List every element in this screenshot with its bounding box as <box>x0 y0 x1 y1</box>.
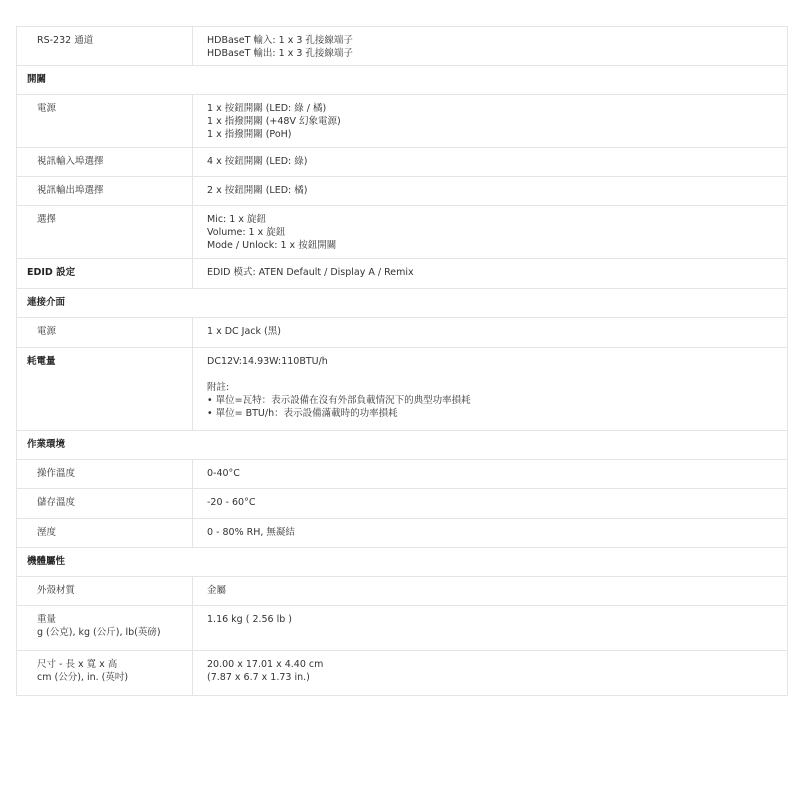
spec-row: 電源1 x 按鈕開關 (LED: 綠 / 橘)1 x 指撥開關 (+48V 幻象… <box>17 95 788 148</box>
spec-label: 外殼材質 <box>17 577 193 606</box>
spec-value: EDID 模式: ATEN Default / Display A / Remi… <box>193 259 788 289</box>
value-line: 4 x 按鈕開關 (LED: 綠) <box>207 155 787 168</box>
spec-label: 耗電量 <box>17 348 193 431</box>
value-line: Mode / Unlock: 1 x 按鈕開關 <box>207 239 787 252</box>
label-line: cm (公分), in. (英吋) <box>37 671 192 684</box>
value-line: Volume: 1 x 旋鈕 <box>207 226 787 239</box>
label-line: 電源 <box>37 102 192 115</box>
label-line: 連接介面 <box>27 296 787 309</box>
label-line: 重量 <box>37 613 192 626</box>
section-heading: 機體屬性 <box>17 548 788 577</box>
label-line: 選擇 <box>37 213 192 226</box>
label-line: 外殼材質 <box>37 584 192 597</box>
spec-row: 重量g (公克), kg (公斤), lb(英磅)1.16 kg ( 2.56 … <box>17 606 788 651</box>
spec-label: 選擇 <box>17 206 193 259</box>
label-line: RS-232 通道 <box>37 34 192 47</box>
value-line: HDBaseT 輸入: 1 x 3 孔接線端子 <box>207 34 787 47</box>
spec-value: DC12V:14.93W:110BTU/h附註:• 單位=瓦特：表示設備在沒有外… <box>193 348 788 431</box>
spec-label: 視訊輸出埠選擇 <box>17 177 193 206</box>
label-line: 溼度 <box>37 526 192 539</box>
section-heading: 連接介面 <box>17 289 788 318</box>
value-line: DC12V:14.93W:110BTU/h <box>207 355 787 368</box>
value-line: 1 x DC Jack (黑) <box>207 325 787 338</box>
value-line: 附註: <box>207 381 787 394</box>
spec-value: 金屬 <box>193 577 788 606</box>
label-line: 作業環境 <box>27 438 787 451</box>
value-line: 20.00 x 17.01 x 4.40 cm <box>207 658 787 671</box>
spec-row: 溼度0 - 80% RH, 無凝結 <box>17 519 788 548</box>
value-line: HDBaseT 輸出: 1 x 3 孔接線端子 <box>207 47 787 60</box>
section-heading: 開關 <box>17 66 788 95</box>
value-line: 1.16 kg ( 2.56 lb ) <box>207 613 787 626</box>
label-line: 耗電量 <box>27 355 192 368</box>
value-line: 1 x 指撥開關 (PoH) <box>207 128 787 141</box>
value-line: 1 x 按鈕開關 (LED: 綠 / 橘) <box>207 102 787 115</box>
spec-value: 1 x DC Jack (黑) <box>193 318 788 348</box>
spec-value: 1.16 kg ( 2.56 lb ) <box>193 606 788 651</box>
spec-label: 重量g (公克), kg (公斤), lb(英磅) <box>17 606 193 651</box>
value-line <box>207 368 787 381</box>
spec-row: 操作溫度0-40°C <box>17 460 788 489</box>
spec-value: 4 x 按鈕開關 (LED: 綠) <box>193 148 788 177</box>
spec-row: 視訊輸入埠選擇4 x 按鈕開關 (LED: 綠) <box>17 148 788 177</box>
spec-row: 電源1 x DC Jack (黑) <box>17 318 788 348</box>
spec-label: 電源 <box>17 95 193 148</box>
spec-value: 1 x 按鈕開關 (LED: 綠 / 橘)1 x 指撥開關 (+48V 幻象電源… <box>193 95 788 148</box>
value-line: 0-40°C <box>207 467 787 480</box>
spec-row: 儲存溫度-20 - 60°C <box>17 489 788 519</box>
spec-section-row: 連接介面 <box>17 289 788 318</box>
spec-value: Mic: 1 x 旋鈕Volume: 1 x 旋鈕Mode / Unlock: … <box>193 206 788 259</box>
spec-row: 尺寸 - 長 x 寬 x 高cm (公分), in. (英吋)20.00 x 1… <box>17 651 788 696</box>
label-line: EDID 設定 <box>27 266 192 279</box>
value-line: 0 - 80% RH, 無凝結 <box>207 526 787 539</box>
spec-section-row: 開關 <box>17 66 788 95</box>
value-line: 1 x 指撥開關 (+48V 幻象電源) <box>207 115 787 128</box>
label-line: g (公克), kg (公斤), lb(英磅) <box>37 626 192 639</box>
spec-value: HDBaseT 輸入: 1 x 3 孔接線端子HDBaseT 輸出: 1 x 3… <box>193 27 788 66</box>
spec-section-row: 機體屬性 <box>17 548 788 577</box>
spec-row: 外殼材質金屬 <box>17 577 788 606</box>
label-line: 機體屬性 <box>27 555 787 568</box>
spec-label: RS-232 通道 <box>17 27 193 66</box>
section-heading: 作業環境 <box>17 431 788 460</box>
value-line: -20 - 60°C <box>207 496 787 509</box>
spec-label: 操作溫度 <box>17 460 193 489</box>
spec-row: EDID 設定EDID 模式: ATEN Default / Display A… <box>17 259 788 289</box>
value-line: • 單位=瓦特：表示設備在沒有外部負載情況下的典型功率損耗 <box>207 394 787 407</box>
label-line: 儲存溫度 <box>37 496 192 509</box>
label-line: 操作溫度 <box>37 467 192 480</box>
value-line: 2 x 按鈕開關 (LED: 橘) <box>207 184 787 197</box>
label-line: 尺寸 - 長 x 寬 x 高 <box>37 658 192 671</box>
spec-value: 20.00 x 17.01 x 4.40 cm(7.87 x 6.7 x 1.7… <box>193 651 788 696</box>
value-line: Mic: 1 x 旋鈕 <box>207 213 787 226</box>
spec-label: 尺寸 - 長 x 寬 x 高cm (公分), in. (英吋) <box>17 651 193 696</box>
spec-section-row: 作業環境 <box>17 431 788 460</box>
spec-value: 0-40°C <box>193 460 788 489</box>
spec-value: 2 x 按鈕開關 (LED: 橘) <box>193 177 788 206</box>
spec-label: 電源 <box>17 318 193 348</box>
value-line: 金屬 <box>207 584 787 597</box>
spec-row: 選擇Mic: 1 x 旋鈕Volume: 1 x 旋鈕Mode / Unlock… <box>17 206 788 259</box>
label-line: 開關 <box>27 73 787 86</box>
spec-table-body: RS-232 通道HDBaseT 輸入: 1 x 3 孔接線端子HDBaseT … <box>17 27 788 696</box>
spec-value: 0 - 80% RH, 無凝結 <box>193 519 788 548</box>
label-line: 電源 <box>37 325 192 338</box>
spec-row: RS-232 通道HDBaseT 輸入: 1 x 3 孔接線端子HDBaseT … <box>17 27 788 66</box>
label-line: 視訊輸出埠選擇 <box>37 184 192 197</box>
value-line: EDID 模式: ATEN Default / Display A / Remi… <box>207 266 787 279</box>
spec-table: RS-232 通道HDBaseT 輸入: 1 x 3 孔接線端子HDBaseT … <box>16 26 788 696</box>
value-line: • 單位= BTU/h：表示設備滿載時的功率損耗 <box>207 407 787 420</box>
spec-label: 儲存溫度 <box>17 489 193 519</box>
spec-value: -20 - 60°C <box>193 489 788 519</box>
label-line: 視訊輸入埠選擇 <box>37 155 192 168</box>
spec-label: EDID 設定 <box>17 259 193 289</box>
value-line: (7.87 x 6.7 x 1.73 in.) <box>207 671 787 684</box>
spec-label: 溼度 <box>17 519 193 548</box>
spec-row: 耗電量DC12V:14.93W:110BTU/h附註:• 單位=瓦特：表示設備在… <box>17 348 788 431</box>
spec-row: 視訊輸出埠選擇2 x 按鈕開關 (LED: 橘) <box>17 177 788 206</box>
spec-label: 視訊輸入埠選擇 <box>17 148 193 177</box>
